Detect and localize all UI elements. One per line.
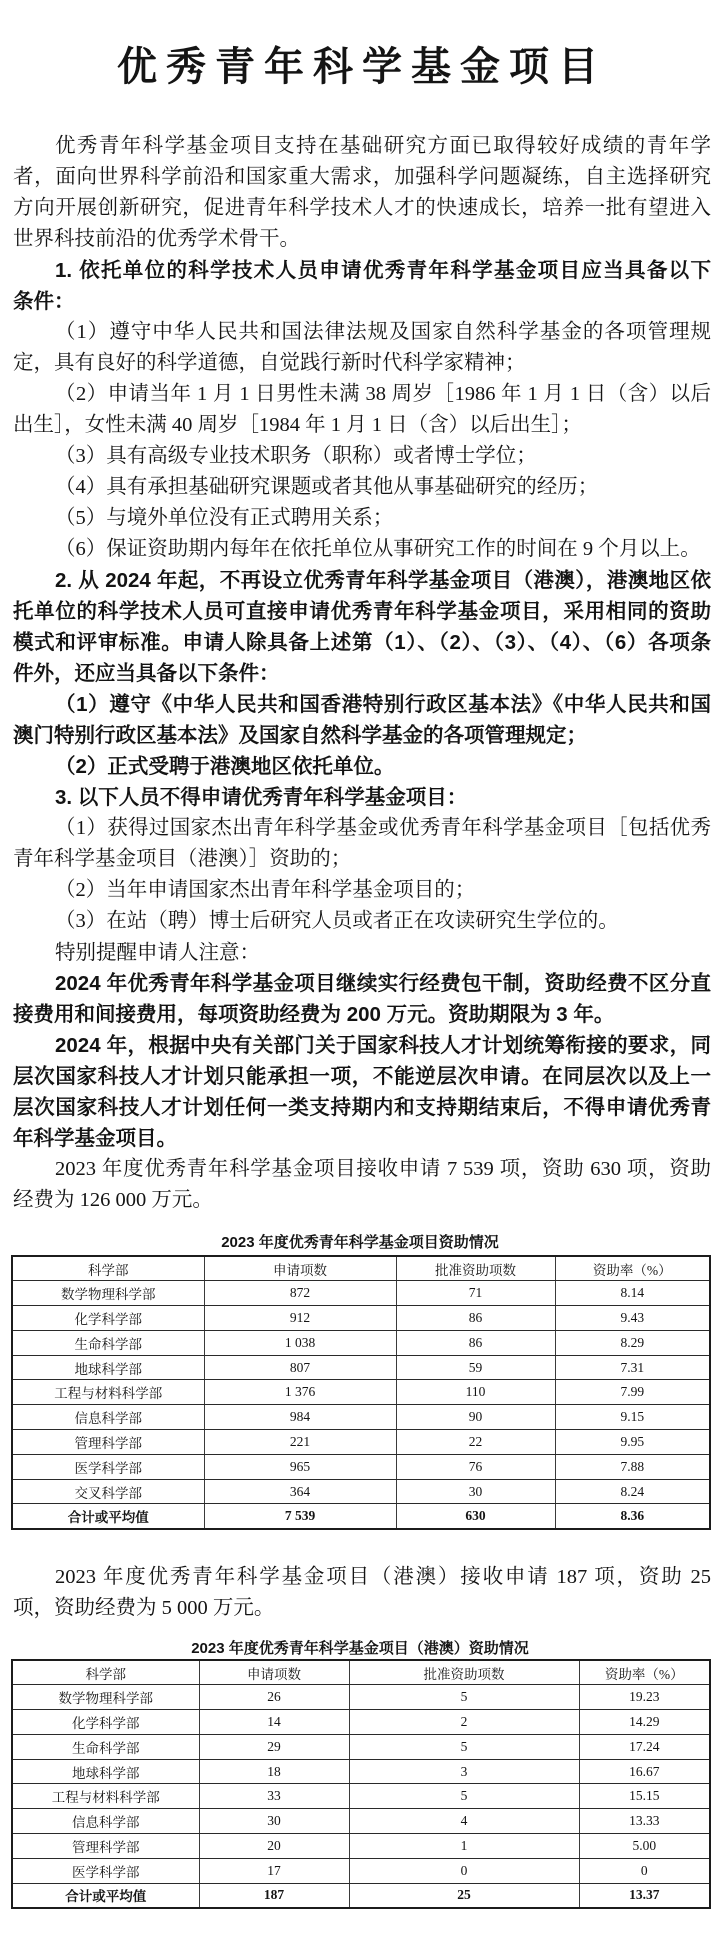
text-line: 3. 以下人员不得申请优秀青年科学基金项目：	[13, 782, 711, 813]
text-line: 世界科技前沿的优秀学术骨干。	[13, 224, 711, 255]
text-line: （1）获得过国家杰出青年科学基金或优秀青年科学基金项目［包括优秀	[13, 813, 711, 844]
funded-cell: 5	[349, 1734, 579, 1759]
rate-cell: 0	[579, 1858, 710, 1883]
department-cell: 化学科学部	[12, 1710, 199, 1735]
text-line: （4）具有承担基础研究课题或者其他从事基础研究的经历；	[13, 472, 711, 503]
applications-cell: 965	[204, 1454, 396, 1479]
table-row: 交叉科学部 364 30 8.24	[12, 1479, 710, 1504]
text-line: （2）当年申请国家杰出青年科学基金项目的；	[13, 875, 711, 906]
column-header: 批准资助项数	[349, 1660, 579, 1685]
table-row: 医学科学部 965 76 7.88	[12, 1454, 710, 1479]
condition-1: （1）遵守中华人民共和国法律法规及国家自然科学基金的各项管理规 定，具有良好的科…	[13, 317, 711, 379]
section-2-heading: 2. 从 2024 年起，不再设立优秀青年科学基金项目（港澳），港澳地区依 托单…	[13, 565, 711, 689]
text-line: 1. 依托单位的科学技术人员申请优秀青年科学基金项目应当具备以下	[13, 255, 711, 286]
applications-cell: 30	[199, 1809, 349, 1834]
summary-2023: 2023 年度优秀青年科学基金项目接收申请 7 539 项，资助 630 项，资…	[13, 1154, 711, 1216]
funded-cell: 90	[396, 1405, 555, 1430]
text-line: 2024 年，根据中央有关部门关于国家科技人才计划统筹衔接的要求，同	[13, 1030, 711, 1061]
hkmo-summary: 2023 年度优秀青年科学基金项目（港澳）接收申请 187 项，资助 25 项，…	[13, 1562, 711, 1624]
department-cell: 信息科学部	[12, 1809, 199, 1834]
column-header: 资助率（%）	[555, 1256, 710, 1281]
funded-cell: 30	[396, 1479, 555, 1504]
funded-cell: 4	[349, 1809, 579, 1834]
applications-cell: 912	[204, 1306, 396, 1331]
text-line: 出生］，女性未满 40 周岁［1984 年 1 月 1 日（含）以后出生］；	[13, 410, 711, 441]
condition-6: （6）保证资助期内每年在依托单位从事研究工作的时间在 9 个月以上。	[13, 534, 711, 565]
text-line: 2. 从 2024 年起，不再设立优秀青年科学基金项目（港澳），港澳地区依	[13, 565, 711, 596]
condition-4: （4）具有承担基础研究课题或者其他从事基础研究的经历；	[13, 472, 711, 503]
body-text: 优秀青年科学基金项目支持在基础研究方面已取得较好成绩的青年学 者，面向世界科学前…	[13, 131, 711, 1216]
text-line: （2）申请当年 1 月 1 日男性未满 38 周岁［1986 年 1 月 1 日…	[13, 379, 711, 410]
document-title: 优秀青年科学基金项目	[0, 42, 720, 92]
department-cell: 地球科学部	[12, 1355, 204, 1380]
table-row: 化学科学部 14 2 14.29	[12, 1710, 710, 1735]
text-line: 2023 年度优秀青年科学基金项目接收申请 7 539 项，资助 630 项，资…	[13, 1154, 711, 1185]
total-label-cell: 合计或平均值	[12, 1504, 204, 1529]
applications-cell: 364	[204, 1479, 396, 1504]
department-cell: 数学物理科学部	[12, 1685, 199, 1710]
rate-cell: 7.88	[555, 1454, 710, 1479]
rate-cell: 17.24	[579, 1734, 710, 1759]
text-line: 青年科学基金项目（港澳）］资助的；	[13, 844, 711, 875]
table-row: 数学物理科学部 872 71 8.14	[12, 1281, 710, 1306]
section-3-heading: 3. 以下人员不得申请优秀青年科学基金项目：	[13, 782, 711, 813]
department-cell: 信息科学部	[12, 1405, 204, 1430]
department-cell: 医学科学部	[12, 1858, 199, 1883]
column-header: 申请项数	[199, 1660, 349, 1685]
funded-cell: 71	[396, 1281, 555, 1306]
applications-cell: 14	[199, 1710, 349, 1735]
department-cell: 管理科学部	[12, 1834, 199, 1859]
table-2-title: 2023 年度优秀青年科学基金项目（港澳）资助情况	[0, 1639, 720, 1659]
rate-cell: 9.43	[555, 1306, 710, 1331]
text-line: 澳门特别行政区基本法》及国家自然科学基金的各项管理规定；	[13, 720, 711, 751]
applications-cell: 872	[204, 1281, 396, 1306]
total-label-cell: 合计或平均值	[12, 1883, 199, 1908]
rate-cell: 7.99	[555, 1380, 710, 1405]
table-row: 信息科学部 984 90 9.15	[12, 1405, 710, 1430]
funded-cell: 59	[396, 1355, 555, 1380]
department-cell: 生命科学部	[12, 1734, 199, 1759]
hkmo-summary-paragraph: 2023 年度优秀青年科学基金项目（港澳）接收申请 187 项，资助 25 项，…	[13, 1562, 711, 1624]
average-rate-cell: 13.37	[579, 1883, 710, 1908]
text-line: 定，具有良好的科学道德，自觉践行新时代科学家精神；	[13, 348, 711, 379]
rate-cell: 9.15	[555, 1405, 710, 1430]
applications-cell: 18	[199, 1759, 349, 1784]
text-line: （3）在站（聘）博士后研究人员或者正在攻读研究生学位的。	[13, 906, 711, 937]
rate-cell: 9.95	[555, 1430, 710, 1455]
text-line: 经费为 126 000 万元。	[13, 1185, 711, 1216]
funded-cell: 3	[349, 1759, 579, 1784]
funded-cell: 0	[349, 1858, 579, 1883]
total-funded-cell: 630	[396, 1504, 555, 1529]
funded-cell: 5	[349, 1784, 579, 1809]
department-cell: 数学物理科学部	[12, 1281, 204, 1306]
hkmo-condition-1: （1）遵守《中华人民共和国香港特别行政区基本法》《中华人民共和国 澳门特别行政区…	[13, 689, 711, 751]
text-line: 2023 年度优秀青年科学基金项目（港澳）接收申请 187 项，资助 25	[13, 1562, 711, 1593]
applications-cell: 1 376	[204, 1380, 396, 1405]
table-row: 地球科学部 18 3 16.67	[12, 1759, 710, 1784]
text-line: （3）具有高级专业技术职务（职称）或者博士学位；	[13, 441, 711, 472]
text-line: （1）遵守中华人民共和国法律法规及国家自然科学基金的各项管理规	[13, 317, 711, 348]
applications-cell: 984	[204, 1405, 396, 1430]
table-header-row: 科学部 申请项数 批准资助项数 资助率（%）	[12, 1660, 710, 1685]
text-line: 方向开展创新研究，促进青年科学技术人才的快速成长，培养一批有望进入	[13, 193, 711, 224]
total-funded-cell: 25	[349, 1883, 579, 1908]
rate-cell: 8.24	[555, 1479, 710, 1504]
rate-cell: 5.00	[579, 1834, 710, 1859]
total-applications-cell: 187	[199, 1883, 349, 1908]
applications-cell: 26	[199, 1685, 349, 1710]
text-line: （1）遵守《中华人民共和国香港特别行政区基本法》《中华人民共和国	[13, 689, 711, 720]
table-total-row: 合计或平均值 7 539 630 8.36	[12, 1504, 710, 1529]
funded-cell: 86	[396, 1306, 555, 1331]
intro-paragraph: 优秀青年科学基金项目支持在基础研究方面已取得较好成绩的青年学 者，面向世界科学前…	[13, 131, 711, 255]
rate-cell: 19.23	[579, 1685, 710, 1710]
column-header: 科学部	[12, 1660, 199, 1685]
average-rate-cell: 8.36	[555, 1504, 710, 1529]
text-line: 2024 年优秀青年科学基金项目继续实行经费包干制，资助经费不区分直	[13, 968, 711, 999]
funded-cell: 5	[349, 1685, 579, 1710]
text-line: 项，资助经费为 5 000 万元。	[13, 1593, 711, 1624]
rate-cell: 14.29	[579, 1710, 710, 1735]
text-line: 年科学基金项目。	[13, 1123, 711, 1154]
department-cell: 交叉科学部	[12, 1479, 204, 1504]
text-line: 条件：	[13, 286, 711, 317]
special-reminder-heading: 特别提醒申请人注意：	[13, 937, 711, 968]
table-row: 地球科学部 807 59 7.31	[12, 1355, 710, 1380]
text-line: 模式和评审标准。申请人除具备上述第（1）、（2）、（3）、（4）、（6）各项条	[13, 627, 711, 658]
department-cell: 工程与材料科学部	[12, 1784, 199, 1809]
department-cell: 医学科学部	[12, 1454, 204, 1479]
column-header: 资助率（%）	[579, 1660, 710, 1685]
applications-cell: 29	[199, 1734, 349, 1759]
text-line: （5）与境外单位没有正式聘用关系；	[13, 503, 711, 534]
rate-cell: 8.14	[555, 1281, 710, 1306]
funded-cell: 22	[396, 1430, 555, 1455]
department-cell: 生命科学部	[12, 1330, 204, 1355]
table-total-row: 合计或平均值 187 25 13.37	[12, 1883, 710, 1908]
rate-cell: 7.31	[555, 1355, 710, 1380]
table-header-row: 科学部 申请项数 批准资助项数 资助率（%）	[12, 1256, 710, 1281]
funded-cell: 2	[349, 1710, 579, 1735]
exclusion-1: （1）获得过国家杰出青年科学基金或优秀青年科学基金项目［包括优秀 青年科学基金项…	[13, 813, 711, 875]
table-row: 工程与材料科学部 33 5 15.15	[12, 1784, 710, 1809]
funded-cell: 76	[396, 1454, 555, 1479]
table-row: 管理科学部 221 22 9.95	[12, 1430, 710, 1455]
table-row: 医学科学部 17 0 0	[12, 1858, 710, 1883]
talent-plan-note: 2024 年，根据中央有关部门关于国家科技人才计划统筹衔接的要求，同 层次国家科…	[13, 1030, 711, 1154]
funding-table-hkmo-2023: 科学部 申请项数 批准资助项数 资助率（%） 数学物理科学部 26 5 19.2…	[11, 1659, 711, 1909]
text-line: 层次国家科技人才计划任何一类支持期内和支持期结束后，不得申请优秀青	[13, 1092, 711, 1123]
department-cell: 管理科学部	[12, 1430, 204, 1455]
table-row: 信息科学部 30 4 13.33	[12, 1809, 710, 1834]
exclusion-3: （3）在站（聘）博士后研究人员或者正在攻读研究生学位的。	[13, 906, 711, 937]
hkmo-condition-2: （2）正式受聘于港澳地区依托单位。	[13, 751, 711, 782]
applications-cell: 20	[199, 1834, 349, 1859]
total-applications-cell: 7 539	[204, 1504, 396, 1529]
column-header: 申请项数	[204, 1256, 396, 1281]
funding-table-2023: 科学部 申请项数 批准资助项数 资助率（%） 数学物理科学部 872 71 8.…	[11, 1255, 711, 1530]
table-row: 生命科学部 29 5 17.24	[12, 1734, 710, 1759]
applications-cell: 221	[204, 1430, 396, 1455]
text-line: 接费用和间接费用，每项资助经费为 200 万元。资助期限为 3 年。	[13, 999, 711, 1030]
rate-cell: 15.15	[579, 1784, 710, 1809]
text-line: （2）正式受聘于港澳地区依托单位。	[13, 751, 711, 782]
rate-cell: 13.33	[579, 1809, 710, 1834]
department-cell: 化学科学部	[12, 1306, 204, 1331]
applications-cell: 17	[199, 1858, 349, 1883]
applications-cell: 1 038	[204, 1330, 396, 1355]
funded-cell: 1	[349, 1834, 579, 1859]
text-line: 件外，还应当具备以下条件：	[13, 658, 711, 689]
table-row: 管理科学部 20 1 5.00	[12, 1834, 710, 1859]
text-line: 者，面向世界科学前沿和国家重大需求，加强科学问题凝练，自主选择研究	[13, 162, 711, 193]
rate-cell: 8.29	[555, 1330, 710, 1355]
department-cell: 地球科学部	[12, 1759, 199, 1784]
text-line: 特别提醒申请人注意：	[13, 937, 711, 968]
department-cell: 工程与材料科学部	[12, 1380, 204, 1405]
text-line: 优秀青年科学基金项目支持在基础研究方面已取得较好成绩的青年学	[13, 131, 711, 162]
condition-2: （2）申请当年 1 月 1 日男性未满 38 周岁［1986 年 1 月 1 日…	[13, 379, 711, 441]
text-line: （6）保证资助期内每年在依托单位从事研究工作的时间在 9 个月以上。	[13, 534, 711, 565]
column-header: 批准资助项数	[396, 1256, 555, 1281]
funded-cell: 86	[396, 1330, 555, 1355]
section-1-heading: 1. 依托单位的科学技术人员申请优秀青年科学基金项目应当具备以下 条件：	[13, 255, 711, 317]
condition-3: （3）具有高级专业技术职务（职称）或者博士学位；	[13, 441, 711, 472]
text-line: 托单位的科学技术人员可直接申请优秀青年科学基金项目，采用相同的资助	[13, 596, 711, 627]
table-row: 化学科学部 912 86 9.43	[12, 1306, 710, 1331]
applications-cell: 33	[199, 1784, 349, 1809]
column-header: 科学部	[12, 1256, 204, 1281]
table-row: 工程与材料科学部 1 376 110 7.99	[12, 1380, 710, 1405]
text-line: 层次国家科技人才计划只能承担一项，不能逆层次申请。在同层次以及上一	[13, 1061, 711, 1092]
funding-note: 2024 年优秀青年科学基金项目继续实行经费包干制，资助经费不区分直 接费用和间…	[13, 968, 711, 1030]
condition-5: （5）与境外单位没有正式聘用关系；	[13, 503, 711, 534]
table-row: 数学物理科学部 26 5 19.23	[12, 1685, 710, 1710]
funded-cell: 110	[396, 1380, 555, 1405]
exclusion-2: （2）当年申请国家杰出青年科学基金项目的；	[13, 875, 711, 906]
table-row: 生命科学部 1 038 86 8.29	[12, 1330, 710, 1355]
table-1-title: 2023 年度优秀青年科学基金项目资助情况	[0, 1233, 720, 1253]
applications-cell: 807	[204, 1355, 396, 1380]
rate-cell: 16.67	[579, 1759, 710, 1784]
